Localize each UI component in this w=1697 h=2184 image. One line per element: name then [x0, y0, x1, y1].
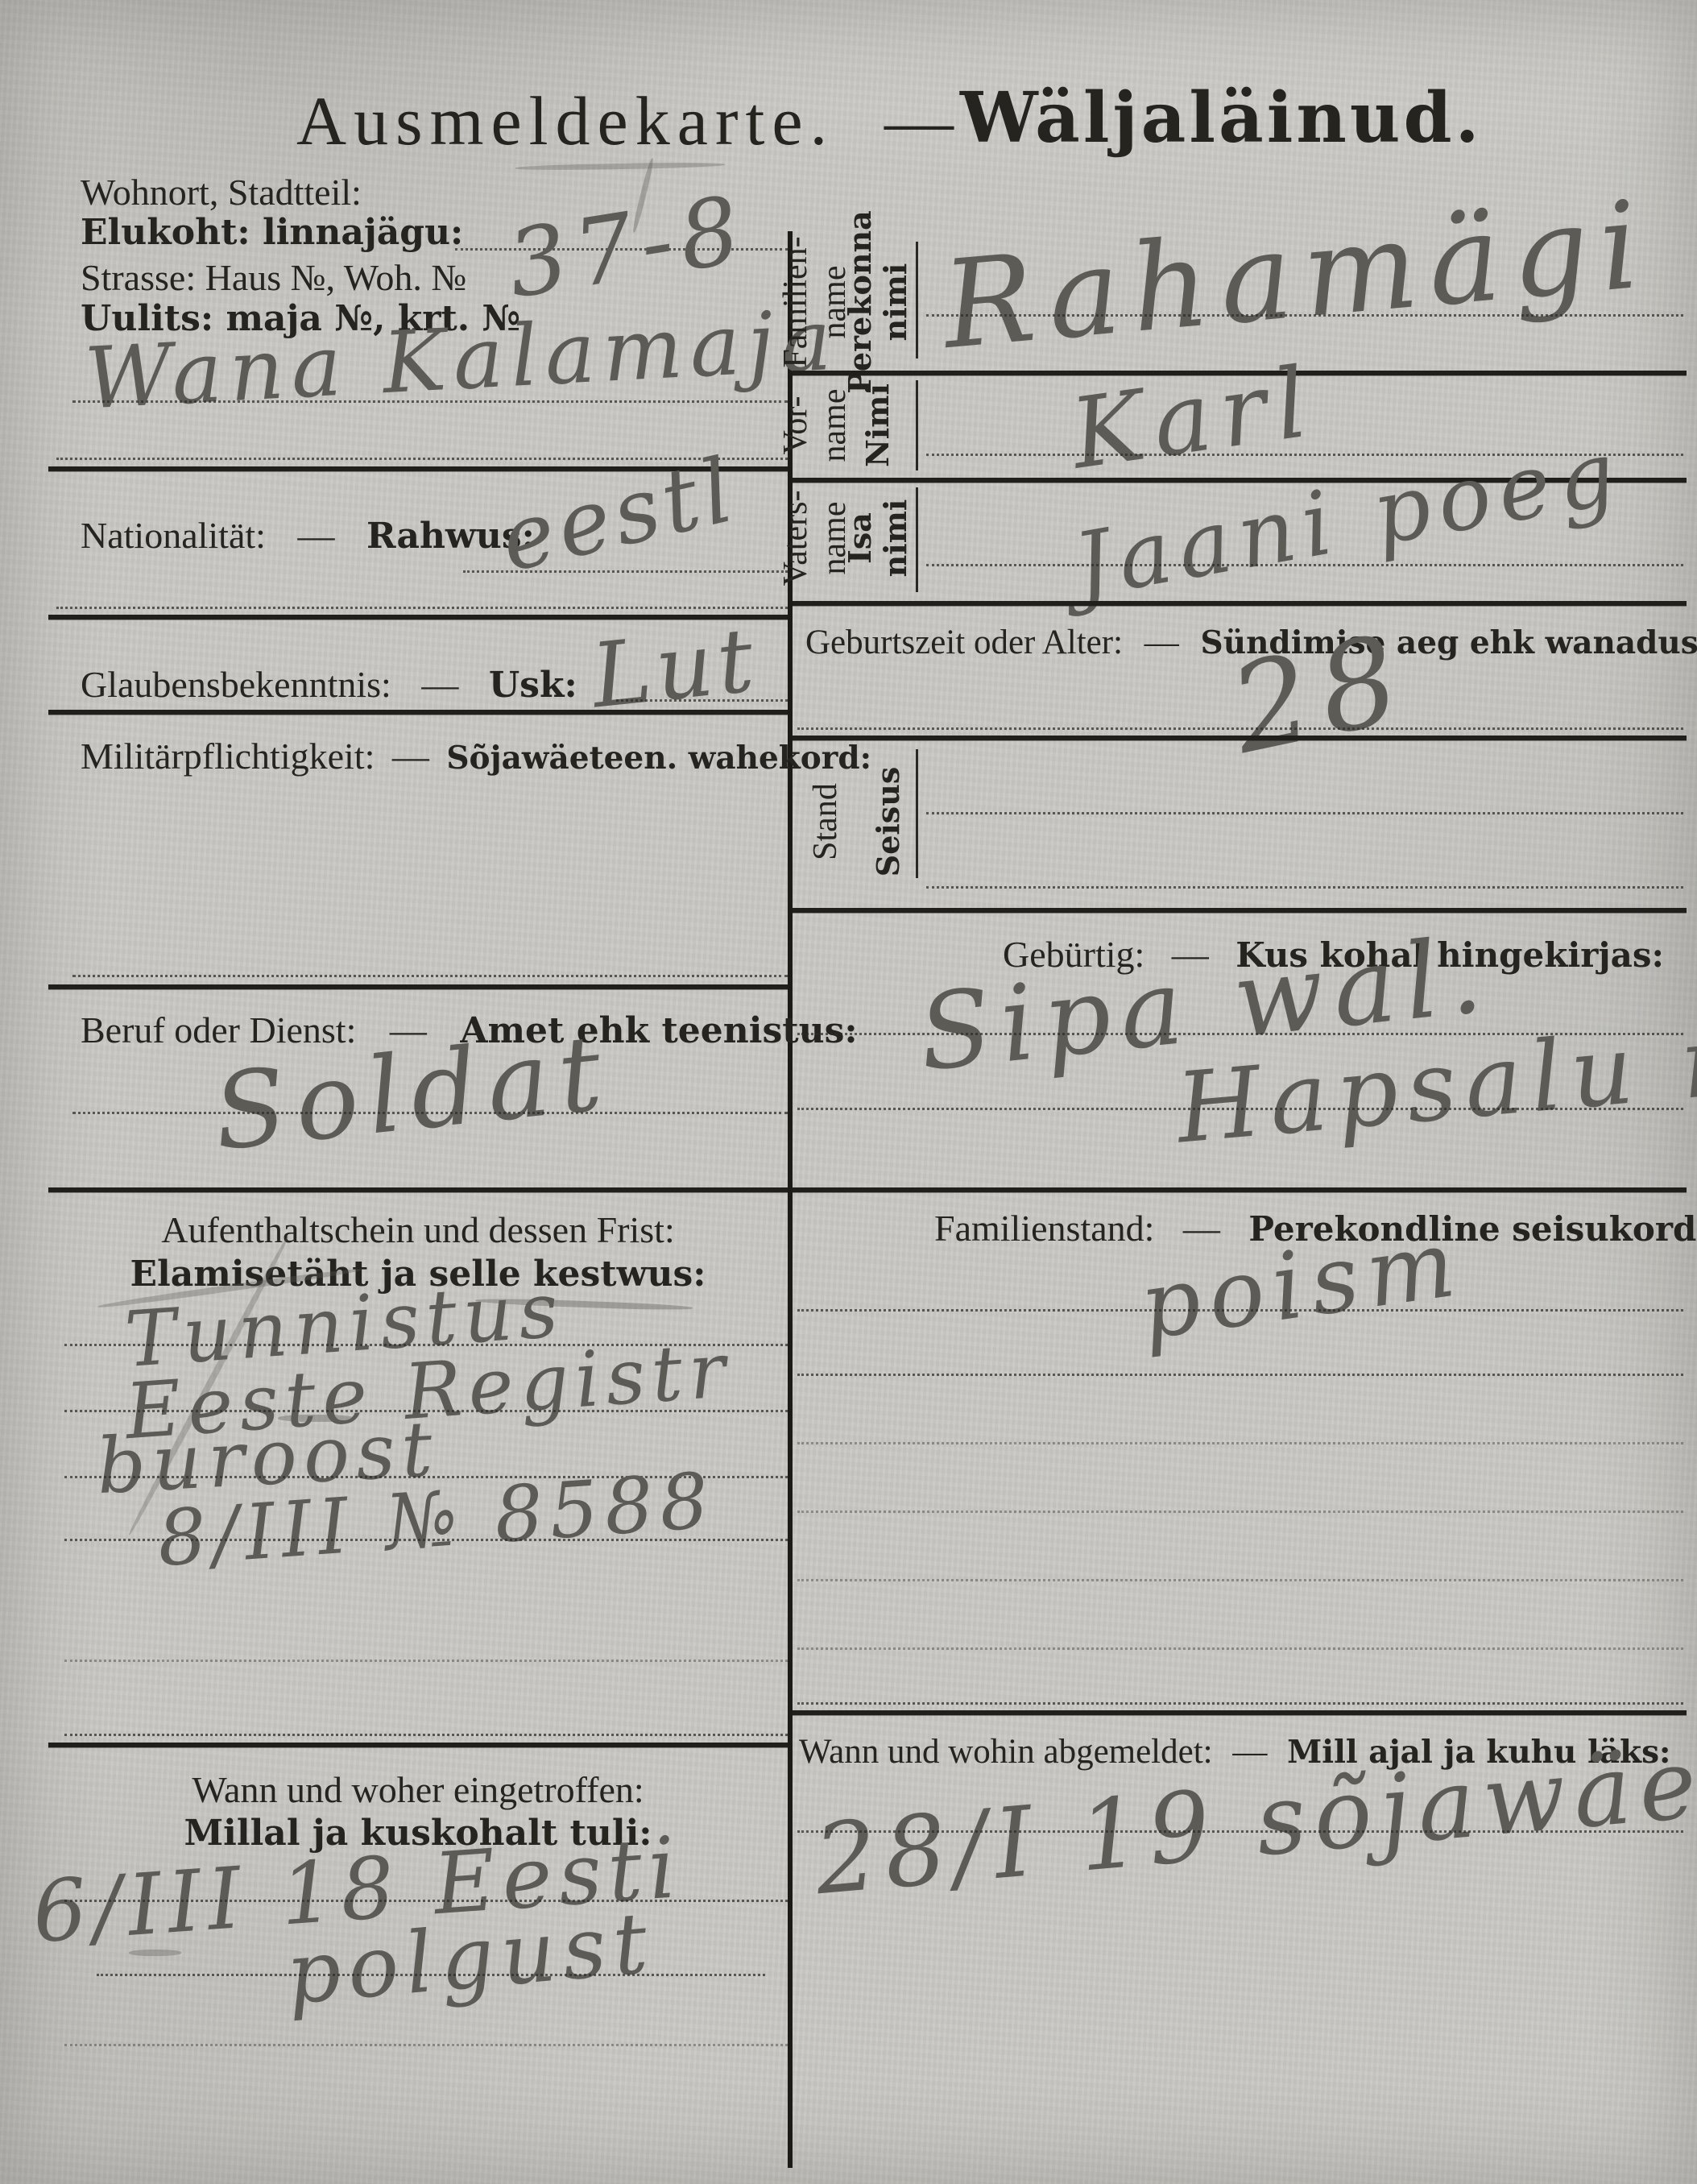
military-header: Militärpflichtigkeit: — Sõjawäeteen. wah…: [81, 735, 871, 777]
family-name-dotted-line: [926, 314, 1683, 317]
religion-label-de: Glaubensbekenntnis:: [81, 664, 391, 705]
nationality-dotted-line-2: [56, 607, 788, 609]
marital-dotted-line-6: [797, 1647, 1683, 1650]
marital-dotted-line-2: [797, 1374, 1683, 1376]
pencil-underline-title: [515, 162, 725, 172]
religion-dash: —: [400, 664, 479, 705]
marital-dotted-line-4: [797, 1511, 1683, 1513]
permit-label-de: Aufenthaltschein und dessen Frist:: [48, 1208, 788, 1251]
status-dotted-line-1: [926, 812, 1683, 814]
section-line-military-bottom: [48, 984, 788, 989]
address-dotted-line-2: [72, 400, 788, 403]
status-label-de: Stand: [801, 761, 850, 882]
nationality-dotted-line: [463, 570, 788, 573]
section-line-permit-bottom: [48, 1743, 788, 1747]
permit-dotted-line-4: [64, 1539, 788, 1541]
title-estonian: Wäljaläinud.: [960, 77, 1483, 159]
occupation-dotted-line: [72, 1112, 788, 1114]
nationality-label-de: Nationalität:: [81, 515, 266, 556]
marital-dotted-line-3: [797, 1442, 1683, 1444]
first-name-label-rule: [916, 380, 918, 470]
birth-dotted-line: [797, 727, 1683, 730]
family-name-label-rule: [916, 242, 918, 358]
arrival-dotted-line-1: [64, 1900, 788, 1902]
pencil-dash-mark: [129, 1950, 181, 1956]
religion-label-et: Usk:: [489, 665, 577, 706]
status-dotted-line-2: [926, 886, 1683, 889]
elukoht-label: Elukoht: linnajägu:: [81, 212, 463, 253]
section-line-origin-bottom: [793, 1187, 1687, 1192]
row-line-status-bottom: [793, 908, 1687, 913]
military-dotted-line: [72, 975, 788, 977]
status-label-rule: [916, 749, 918, 878]
origin-dotted-line-2: [797, 1108, 1683, 1110]
arrival-dotted-line-2: [97, 1974, 765, 1976]
birth-label-de: Geburtszeit oder Alter:: [805, 624, 1123, 661]
first-name-value: Karl: [1065, 346, 1323, 491]
title-dash: —: [884, 81, 954, 161]
permit-dotted-line-5: [64, 1660, 788, 1662]
military-dash: —: [384, 736, 437, 777]
nationality-dash: —: [275, 515, 357, 556]
ausmeldekarte-card: Ausmeldekarte. — Wäljaläinud. Wohnort, S…: [0, 0, 1697, 2184]
family-name-label-et: Perekonna nimi: [830, 234, 926, 371]
first-name-label-et: Nimi: [858, 369, 898, 482]
family-name-value: Rahamägi: [937, 175, 1655, 376]
arrival-label-de: Wann und woher eingetroffen:: [48, 1768, 788, 1811]
religion-dotted-line: [616, 699, 788, 702]
arrival-dotted-line-3: [64, 2044, 788, 2046]
birth-dash: —: [1132, 624, 1192, 661]
row-line-father-name-bottom: [793, 601, 1687, 606]
status-label-et: Seisus: [864, 761, 913, 882]
father-name-label-rule: [916, 487, 918, 592]
section-line-occupation-bottom: [48, 1187, 788, 1192]
marital-label-de: Familienstand:: [934, 1208, 1154, 1249]
father-name-label-et: Isa nimi: [838, 478, 918, 599]
wohnort-label: Wohnort, Stadtteil:: [81, 171, 362, 213]
section-line-marital-bottom: [793, 1710, 1687, 1715]
departure-dotted-line: [797, 1830, 1683, 1833]
strasse-label: Strasse: Haus №, Woh. №: [81, 256, 466, 299]
section-line-religion-bottom: [48, 710, 788, 715]
title-german: Ausmeldekarte.: [296, 81, 834, 161]
nationality-value: eestl: [490, 437, 746, 591]
religion-header: Glaubensbekenntnis: — Usk:: [81, 663, 577, 706]
marital-dotted-line-7: [797, 1702, 1683, 1705]
marital-dotted-line-1: [797, 1309, 1683, 1312]
military-label-de: Militärpflichtigkeit:: [81, 736, 375, 777]
first-name-label-de: Vor- name: [775, 369, 855, 482]
nationality-header: Nationalität: — Rahwus:: [81, 514, 535, 557]
row-line-birth-bottom: [793, 736, 1687, 740]
departure-label-de: Wann und wohin abgemeldet:: [799, 1733, 1213, 1771]
permit-dotted-line-6: [64, 1734, 788, 1736]
father-name-dotted-line: [926, 564, 1683, 566]
marital-dotted-line-5: [797, 1579, 1683, 1581]
